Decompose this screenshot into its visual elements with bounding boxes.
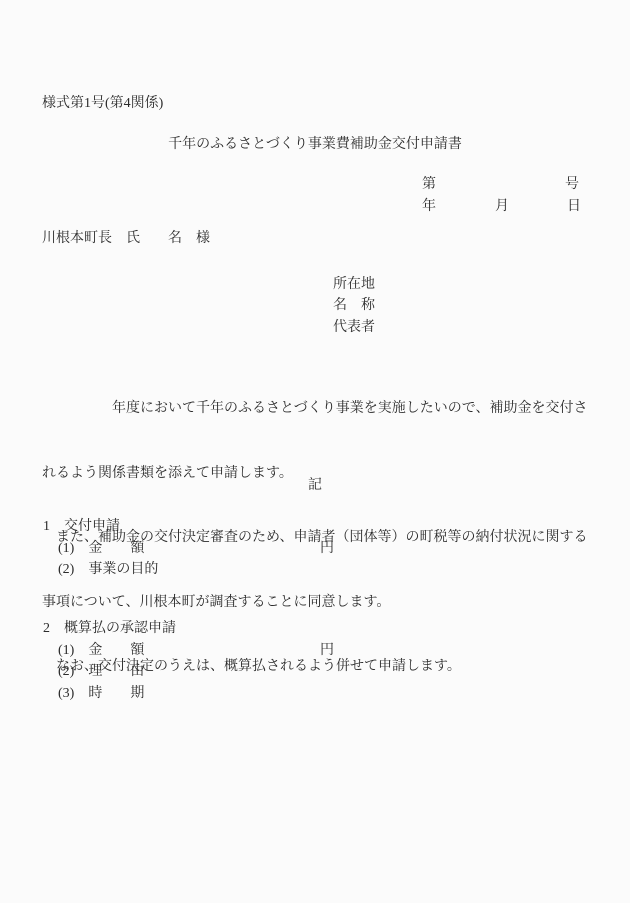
document-title: 千年のふるさとづくり事業費補助金交付申請書 bbox=[0, 137, 630, 152]
date-year-label: 年 bbox=[422, 199, 436, 214]
section1-item-purpose-label: (2) 事業の目的 bbox=[58, 562, 158, 577]
application-form-document: 様式第1号(第4関係) 千年のふるさとづくり事業費補助金交付申請書 第 号 年 … bbox=[0, 0, 630, 903]
applicant-representative-label: 代表者 bbox=[333, 320, 375, 335]
applicant-name-label: 名 称 bbox=[333, 298, 375, 313]
section2-item-reason-label: (2) 理 由 bbox=[58, 664, 144, 679]
applicant-address-label: 所在地 bbox=[333, 277, 375, 292]
doc-number-suffix: 号 bbox=[565, 177, 579, 192]
section1-item-amount-unit: 円 bbox=[320, 541, 334, 556]
date-month-label: 月 bbox=[495, 199, 509, 214]
section1-heading: 1 交付申請 bbox=[43, 519, 120, 534]
form-number-label: 様式第1号(第4関係) bbox=[42, 96, 163, 111]
section2-heading: 2 概算払の承認申請 bbox=[43, 621, 176, 636]
body-line: 年度において千年のふるさとづくり事業を実施したいので、補助金を交付さ bbox=[42, 398, 588, 420]
section2-item-amount-unit: 円 bbox=[320, 643, 334, 658]
addressee-line: 川根本町長 氏 名 様 bbox=[42, 231, 210, 246]
section2-item-amount-label: (1) 金 額 bbox=[58, 643, 144, 658]
section2-item-timing-label: (3) 時 期 bbox=[58, 686, 144, 701]
list-header: 記 bbox=[0, 478, 630, 493]
doc-number-prefix: 第 bbox=[422, 177, 436, 192]
date-day-label: 日 bbox=[567, 199, 581, 214]
body-line: 事項について、川根本町が調査することに同意します。 bbox=[42, 592, 588, 614]
section1-item-amount-label: (1) 金 額 bbox=[58, 541, 144, 556]
